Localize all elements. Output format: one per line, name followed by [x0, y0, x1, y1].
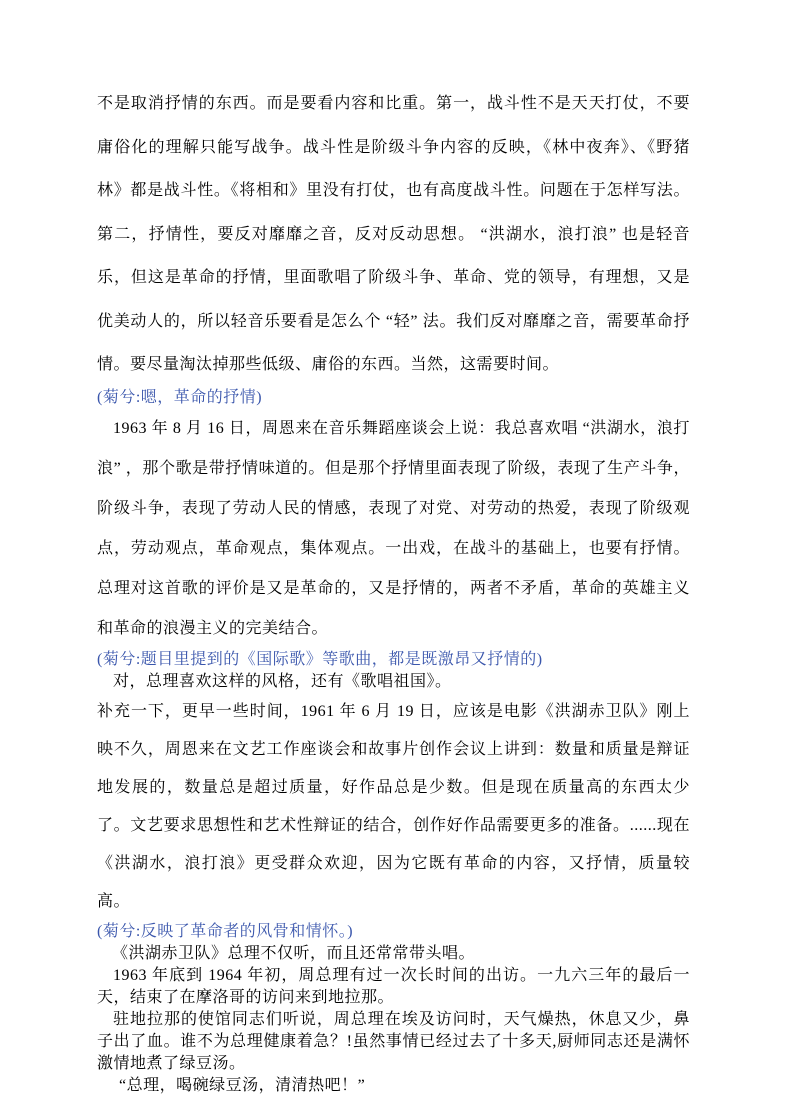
tirana-paragraph: 驻地拉那的使馆同志们听说，周总理在埃及访问时，天气燥热，休息又少，鼻子出了血。谁… [97, 1009, 690, 1075]
document-body: 不是取消抒情的东西。而是要看内容和比重。第一，战斗性不是天天打仗，不要庸俗化的理… [0, 0, 800, 1100]
annotation-juxi-2: (菊兮:题目里提到的《国际歌》等歌曲，都是既激昂又抒情的) [97, 649, 690, 671]
soup-quote-line: “总理，喝碗绿豆汤，清清热吧！” [97, 1075, 690, 1097]
hongse-line: 《洪湖赤卫队》总理不仅听，而且还常常带头唱。 [97, 943, 690, 965]
document-page: { "page": { "background_color": "#ffffff… [0, 0, 800, 1100]
visit-paragraph: 1963 年底到 1964 年初，周总理有过一次长时间的出访。一九六三年的最后一… [97, 965, 690, 1009]
opening-paragraph: 不是取消抒情的东西。而是要看内容和比重。第一，战斗性不是天天打仗，不要庸俗化的理… [97, 82, 690, 387]
reply-line: 对，总理喜欢这样的风格，还有《歌唱祖国》。 [97, 671, 690, 693]
annotation-juxi-1: (菊兮:嗯，革命的抒情) [97, 387, 690, 409]
supplement-1961-paragraph: 补充一下，更早一些时间，1961 年 6 月 19 日，应该是电影《洪湖赤卫队》… [97, 693, 690, 921]
annotation-juxi-3: (菊兮:反映了革命者的风骨和情怀。) [97, 921, 690, 943]
zhou-1963-speech-paragraph: 1963 年 8 月 16 日，周恩来在音乐舞蹈座谈会上说：我总喜欢唱 “洪湖水… [97, 409, 690, 649]
